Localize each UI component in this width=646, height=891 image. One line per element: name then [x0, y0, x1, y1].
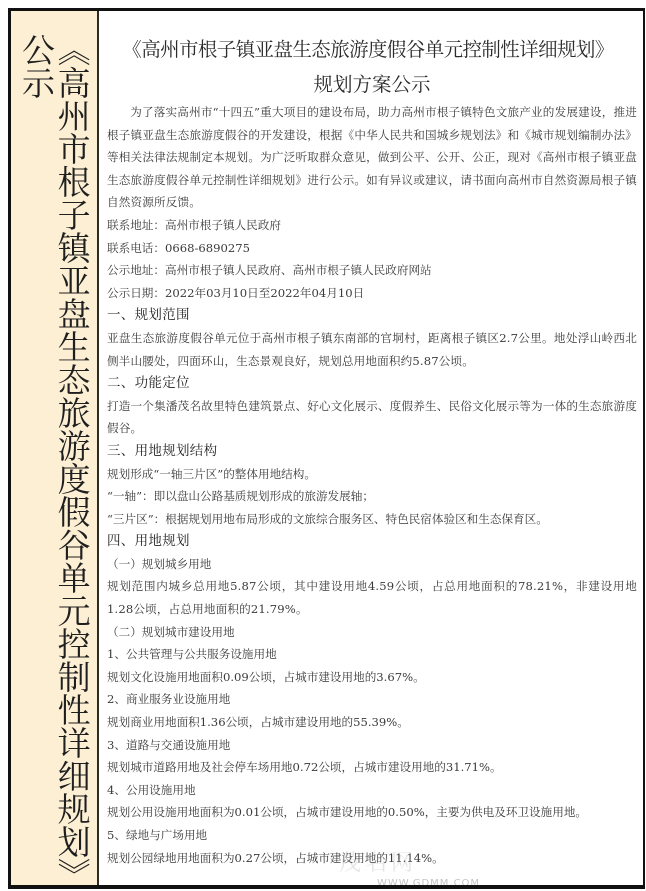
side-title-panel: 《高州市根子镇亚盘生态旅游度假谷单元控制性详细规划》公示 [11, 11, 99, 885]
land-item-title: 5、绿地与广场用地 [107, 824, 637, 847]
vertical-title: 《高州市根子镇亚盘生态旅游度假谷单元控制性详细规划》公示 [18, 33, 89, 885]
publicity-location-label: 公示地址： [107, 263, 165, 277]
document-title: 《高州市根子镇亚盘生态旅游度假谷单元控制性详细规划》 [99, 35, 637, 65]
watermark-text: WWW.GDMM.COM [377, 878, 480, 885]
contact-phone-value: 0668-6890275 [165, 241, 250, 255]
publicity-location-value: 高州市根子镇人民政府、高州市根子镇人民政府网站 [165, 263, 432, 277]
publicity-date-value: 2022年03月10日至2022年04月10日 [165, 286, 364, 300]
structure-line: “三片区”：根据规划用地布局形成的文旅综合服务区、特色民宿体验区和生态保育区。 [107, 508, 637, 531]
contact-address: 联系地址：高州市根子镇人民政府 [107, 214, 637, 237]
structure-line: 规划形成“一轴三片区”的整体用地结构。 [107, 463, 637, 486]
subsection-title: （二）规划城市建设用地 [107, 621, 637, 644]
land-item-title: 1、公共管理与公共服务设施用地 [107, 643, 637, 666]
land-item-body: 规划城市道路用地及社会停车场用地0.72公顷，占城市建设用地的31.71%。 [107, 756, 637, 779]
section-heading-land-use: 四、用地规划 [107, 530, 637, 553]
watermark-logo: 茂名网 [339, 846, 417, 877]
land-item-body: 规划商业用地面积1.36公顷，占城市建设用地的55.39%。 [107, 711, 637, 734]
land-item-body: 规划公用设施用地面积为0.01公顷，占城市建设用地的0.50%，主要为供电及环卫… [107, 801, 637, 824]
land-item-title: 4、公用设施用地 [107, 779, 637, 802]
section-body-scope: 亚盘生态旅游度假谷单元位于高州市根子镇东南部的官垌村，距离根子镇区2.7公里。地… [107, 327, 637, 372]
contact-phone-label: 联系电话： [107, 241, 165, 255]
intro-paragraph: 为了落实高州市“十四五”重大项目的建设布局，助力高州市根子镇特色文旅产业的发展建… [107, 101, 637, 214]
contact-phone: 联系电话：0668-6890275 [107, 237, 637, 260]
document-subtitle: 规划方案公示 [107, 70, 637, 100]
subsection-title: （一）规划城乡用地 [107, 553, 637, 576]
document-content: 《高州市根子镇亚盘生态旅游度假谷单元控制性详细规划》 规划方案公示 为了落实高州… [99, 11, 643, 885]
contact-address-label: 联系地址： [107, 218, 165, 232]
contact-address-value: 高州市根子镇人民政府 [165, 218, 281, 232]
land-item-title: 3、道路与交通设施用地 [107, 734, 637, 757]
publicity-date-label: 公示日期： [107, 286, 165, 300]
document-frame: 《高州市根子镇亚盘生态旅游度假谷单元控制性详细规划》公示 《高州市根子镇亚盘生态… [8, 8, 645, 889]
subsection-body: 规划范围内城乡总用地5.87公顷，其中建设用地4.59公顷，占总用地面积的78.… [107, 575, 637, 620]
section-body-function: 打造一个集潘茂名故里特色建筑景点、好心文化展示、度假养生、民俗文化展示等为一体的… [107, 395, 637, 440]
section-heading-function: 二、功能定位 [107, 372, 637, 395]
section-heading-scope: 一、规划范围 [107, 304, 637, 327]
structure-line: “一轴”：即以盘山公路基质规划形成的旅游发展轴； [107, 485, 637, 508]
publicity-location: 公示地址：高州市根子镇人民政府、高州市根子镇人民政府网站 [107, 259, 637, 282]
land-item-title: 2、商业服务业设施用地 [107, 688, 637, 711]
publicity-date: 公示日期：2022年03月10日至2022年04月10日 [107, 282, 637, 305]
section-heading-structure: 三、用地规划结构 [107, 440, 637, 463]
land-item-body: 规划文化设施用地面积0.09公顷，占城市建设用地的3.67%。 [107, 666, 637, 689]
